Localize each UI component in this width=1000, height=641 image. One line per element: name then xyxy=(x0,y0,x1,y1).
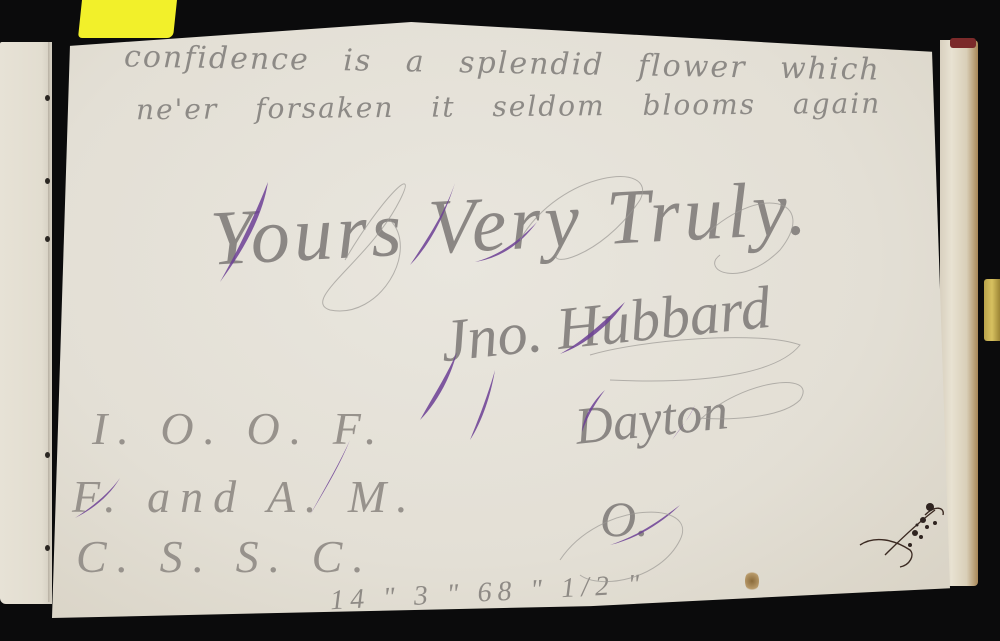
organization-line: I. O. O. F. xyxy=(92,402,386,455)
ink-doodle-sketch xyxy=(855,495,950,580)
verse-line-2: ne'er forsaken it seldom blooms again xyxy=(136,87,882,127)
ink-stain xyxy=(745,570,759,592)
red-cover-corner xyxy=(950,38,976,48)
album-photo: confidence is a splendid flower which ne… xyxy=(0,0,1000,641)
yellow-bookmark-tab xyxy=(78,0,177,38)
binding-stitch xyxy=(45,178,50,184)
left-page-edge xyxy=(0,42,52,604)
organization-line: F. and A. M. xyxy=(72,470,418,523)
location-state: O. xyxy=(600,490,649,548)
organization-line: C. S. S. C. xyxy=(76,530,374,583)
binding-gutter xyxy=(48,42,51,602)
binding-stitch xyxy=(45,452,50,458)
binding-stitch xyxy=(45,236,50,242)
binding-stitch xyxy=(45,95,50,101)
binding-stitch xyxy=(45,545,50,551)
brass-clasp xyxy=(984,279,1000,341)
